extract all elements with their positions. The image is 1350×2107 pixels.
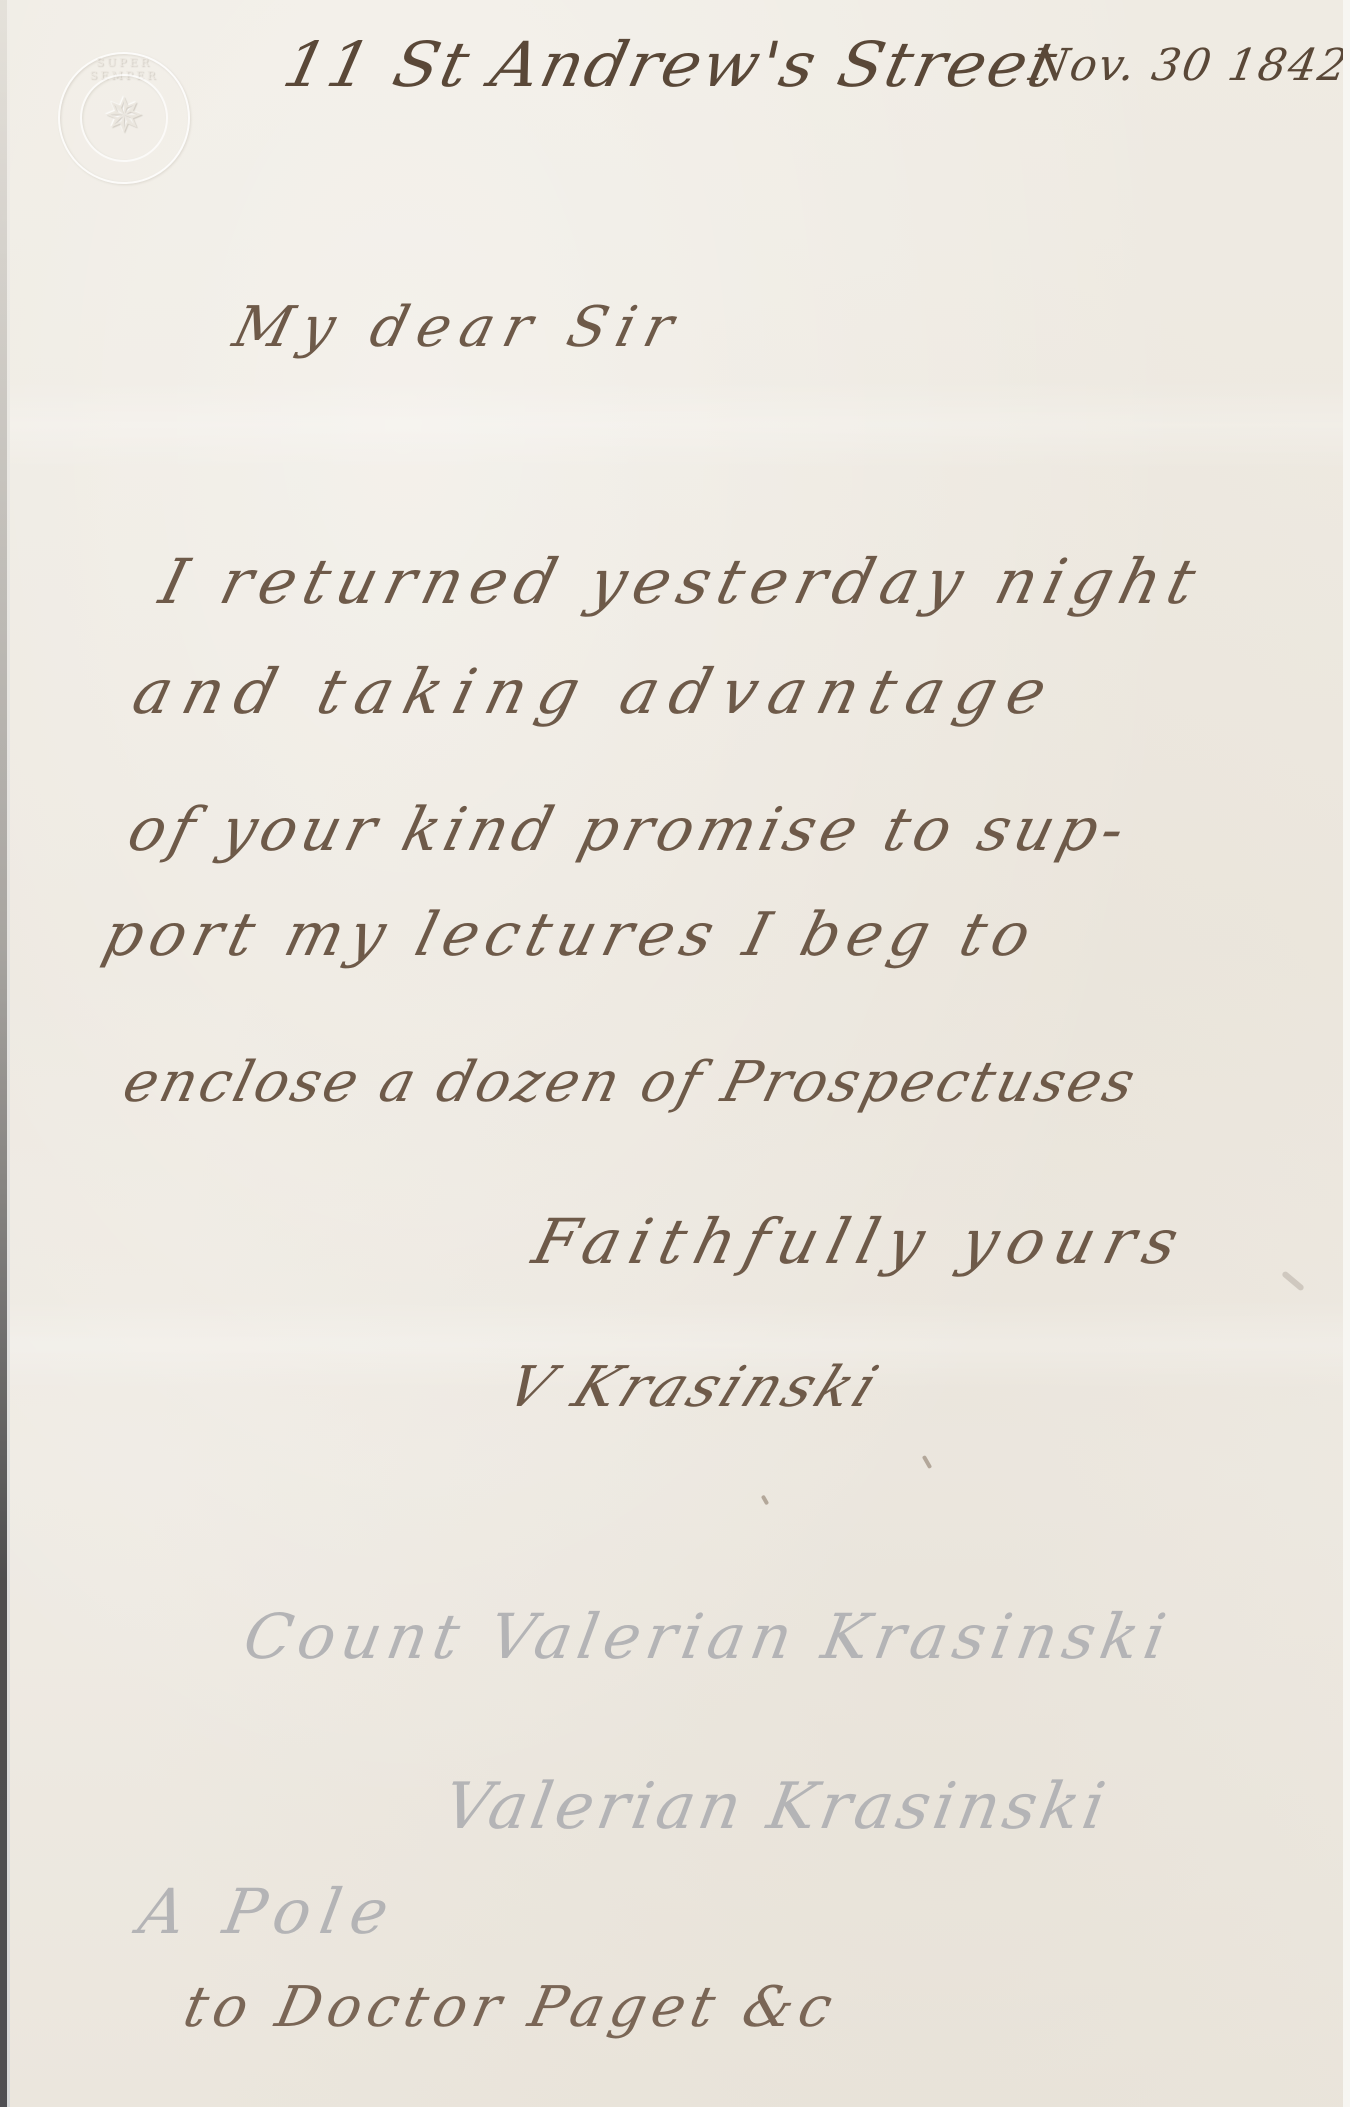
scan-left-edge [0, 0, 7, 2107]
body-line-1: I returned yesterday night [153, 545, 1211, 618]
ink-speck [922, 1455, 932, 1469]
signature: V Krasinski [497, 1355, 891, 1420]
pencil-annotation-a-pole: A Pole [134, 1875, 404, 1948]
body-line-4: port my lectures I beg to [96, 900, 1044, 970]
compass-star-icon: ✵ [82, 90, 166, 142]
salutation: My dear Sir [227, 295, 690, 360]
pencil-annotation-count-valerian-krasinski: Count Valerian Krasinski [239, 1600, 1177, 1673]
body-line-2: and taking advantage [126, 655, 1066, 728]
closing: Faithfully yours [526, 1205, 1196, 1278]
seal-inner-ring: ✵ [80, 74, 168, 162]
embossed-seal: SUPER SEMPER ✵ [58, 52, 190, 184]
header-address: 11 St Andrew's Street [277, 28, 1065, 101]
header-date: Nov. 30 1842 [1026, 40, 1350, 91]
pencil-annotation-valerian-krasinski: Valerian Krasinski [438, 1770, 1114, 1844]
scan-left-edge-highlight [7, 0, 10, 2107]
ink-speck [1281, 1270, 1305, 1291]
ink-speck [761, 1495, 769, 1506]
paper-light-band [10, 380, 1343, 470]
body-line-3: of your kind promise to sup- [121, 795, 1136, 865]
letter-paper: SUPER SEMPER ✵ 11 St Andrew's Street Nov… [0, 0, 1343, 2107]
addressee-note: to Doctor Paget &c [178, 1975, 844, 2040]
body-line-5: enclose a dozen of Prospectuses [117, 1050, 1144, 1115]
scan-right-margin [1343, 0, 1350, 2107]
